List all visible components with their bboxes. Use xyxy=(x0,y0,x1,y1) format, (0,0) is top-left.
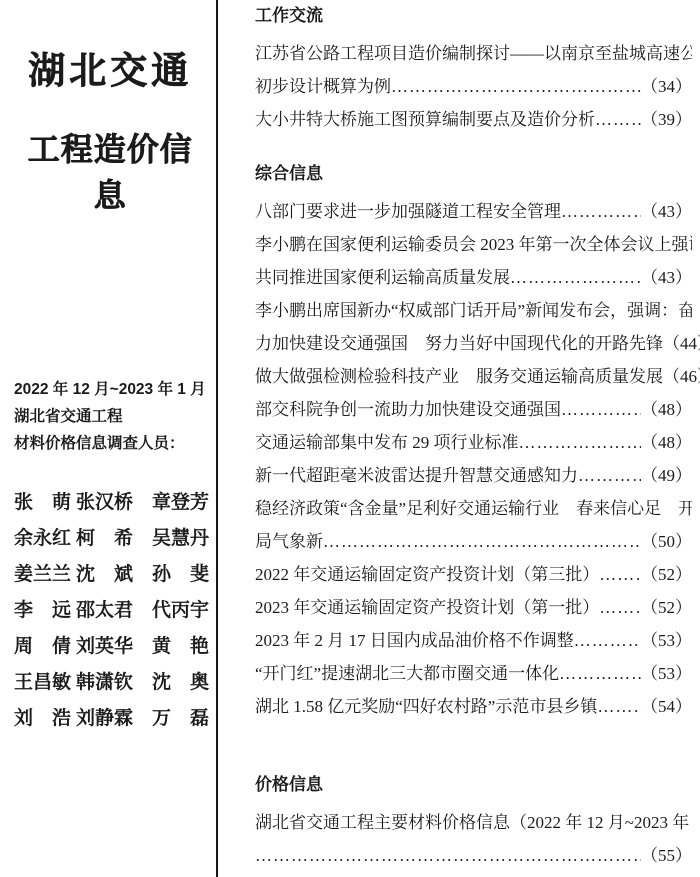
toc-entry-text: 江苏省公路工程项目造价编制探讨——以南京至盐城高速公路 xyxy=(255,44,692,63)
toc-entry-line: 2023 年交通运输固定资产投资计划（第一批）……………………………………………… xyxy=(255,591,692,624)
surveyor-name: 刘英华 xyxy=(76,629,152,665)
toc-section: 工作交流江苏省公路工程项目造价编制探讨——以南京至盐城高速公路初步设计概算为例…… xyxy=(255,4,692,136)
toc-entry-text: 交通运输部集中发布 29 项行业标准 xyxy=(255,426,519,459)
survey-period: 2022 年 12 月~2023 年 1 月 xyxy=(14,376,206,403)
toc-entry-text: 做大做强检测检验科技产业 服务交通运输高质量发展 xyxy=(255,360,663,393)
toc-entry-line: 共同推进国家便利运输高质量发展…………………………………………………………………… xyxy=(255,261,692,294)
toc-entry-text: 共同推进国家便利运输高质量发展 xyxy=(255,261,510,294)
toc-entry-text: 八部门要求进一步加强隧道工程安全管理 xyxy=(255,195,561,228)
toc-entry-text: 2023 年 2 月 17 日国内成品油价格不作调整 xyxy=(255,624,574,657)
toc-entry-text: 稳经济政策“含金量”足利好交通运输行业 春来信心足 开 xyxy=(255,499,692,518)
survey-org: 湖北省交通工程 xyxy=(14,403,206,430)
surveyor-name: 韩潇钦 xyxy=(76,665,152,701)
page-number: （39） xyxy=(641,103,692,136)
leader-dots: ………………………………………………………………………………………………………… xyxy=(599,558,641,591)
surveyor-name: 张汉桥 xyxy=(76,485,152,521)
page-number: （55） xyxy=(641,839,692,872)
toc-entry-line: 做大做强检测检验科技产业 服务交通运输高质量发展…………………………………………… xyxy=(255,360,692,393)
surveyor-name-row: 余永红柯 希吴慧丹 xyxy=(14,521,206,557)
toc-entry-text: 大小井特大桥施工图预算编制要点及造价分析 xyxy=(255,103,595,136)
surveyor-name: 周 倩 xyxy=(14,629,76,665)
surveyor-name-row: 周 倩刘英华黄 艳 xyxy=(14,629,206,665)
toc-entry-line: 李小鹏在国家便利运输委员会 2023 年第一次全体会议上强调 xyxy=(255,228,692,261)
toc-entry-line: 李小鹏出席国新办“权威部门话开局”新闻发布会，强调：奋 xyxy=(255,294,692,327)
toc-entry-text: 新一代超距毫米波雷达提升智慧交通感知力 xyxy=(255,459,578,492)
toc-entry-line: 大小井特大桥施工图预算编制要点及造价分析……………………………………………………… xyxy=(255,103,692,136)
surveyor-name-row: 姜兰兰沈 斌孙 斐 xyxy=(14,557,206,593)
leader-dots: ………………………………………………………………………………………………………… xyxy=(599,591,641,624)
toc-entry-text: 湖北省交通工程主要材料价格信息（2022 年 12 月~2023 年 1 月） xyxy=(255,813,692,832)
toc-page: 湖北交通 工程造价信息 2022 年 12 月~2023 年 1 月 湖北省交通… xyxy=(0,0,700,877)
page-number: （52） xyxy=(641,591,692,624)
toc-entry-line: 2022 年交通运输固定资产投资计划（第三批）……………………………………………… xyxy=(255,558,692,591)
toc-entry-text: 2023 年交通运输固定资产投资计划（第一批） xyxy=(255,591,599,624)
toc-entry-text: 李小鹏在国家便利运输委员会 2023 年第一次全体会议上强调 xyxy=(255,235,692,254)
surveyor-name-row: 李 远邵太君代丙宇 xyxy=(14,593,206,629)
toc-entry-line: 新一代超距毫米波雷达提升智慧交通感知力………………………………………………………… xyxy=(255,459,692,492)
survey-staff-label: 材料价格信息调查人员： xyxy=(14,430,206,457)
surveyor-name: 张 萌 xyxy=(14,485,76,521)
toc-entry-text: 2022 年交通运输固定资产投资计划（第三批） xyxy=(255,558,599,591)
toc-section-heading: 综合信息 xyxy=(255,162,692,186)
page-number: （44） xyxy=(663,327,700,360)
toc-entry-line: 局气象新………………………………………………………………………………………………… xyxy=(255,525,692,558)
surveyor-name-row: 王昌敏韩潇钦沈 奥 xyxy=(14,665,206,701)
page-number: （46） xyxy=(663,360,700,393)
surveyor-name: 孙 斐 xyxy=(152,557,214,593)
toc-entry-line: “开门红”提速湖北三大都市圈交通一体化 ……………………………………………………… xyxy=(255,657,692,690)
leader-dots: ………………………………………………………………………………………………………… xyxy=(597,690,641,723)
toc-entry-line: 湖北 1.58 亿元奖励“四好农村路”示范市县乡镇………………………………………… xyxy=(255,690,692,723)
page-number: （54） xyxy=(641,690,692,723)
publication-title-line2: 工程造价信息 xyxy=(14,124,206,216)
page-number: （34） xyxy=(641,70,692,103)
surveyor-name: 李 远 xyxy=(14,593,76,629)
toc-entry-line: 初步设计概算为例……………………………………………………………………………………… xyxy=(255,70,692,103)
surveyor-name-row: 张 萌张汉桥章登芳 xyxy=(14,485,206,521)
publication-title: 湖北交通 工程造价信息 xyxy=(14,40,206,216)
toc-entry-text: 初步设计概算为例 xyxy=(255,70,391,103)
toc-section: 价格信息湖北省交通工程主要材料价格信息（2022 年 12 月~2023 年 1… xyxy=(255,773,692,872)
surveyor-name: 刘 浩 xyxy=(14,701,76,737)
left-panel: 湖北交通 工程造价信息 2022 年 12 月~2023 年 1 月 湖北省交通… xyxy=(0,0,216,877)
toc-entry-text: 力加快建设交通强国 努力当好中国现代化的开路先锋 xyxy=(255,327,663,360)
leader-dots: ………………………………………………………………………………………………………… xyxy=(519,426,642,459)
leader-dots: ………………………………………………………………………………………………………… xyxy=(323,525,641,558)
toc-entry-line: 江苏省公路工程项目造价编制探讨——以南京至盐城高速公路 xyxy=(255,37,692,70)
surveyor-name: 沈 斌 xyxy=(76,557,152,593)
leader-dots: ………………………………………………………………………………………………………… xyxy=(574,624,641,657)
leader-dots: ………………………………………………………………………………………………………… xyxy=(561,393,641,426)
leader-dots: ………………………………………………………………………………………………………… xyxy=(561,195,641,228)
toc-entry-line: …………………………………………………………………………………………………………… xyxy=(255,839,692,872)
surveyor-name: 代丙宇 xyxy=(152,593,214,629)
toc-entry-line: 部交科院争创一流助力加快建设交通强国…………………………………………………………… xyxy=(255,393,692,426)
toc-entry-line: 2023 年 2 月 17 日国内成品油价格不作调整 …………………………………… xyxy=(255,624,692,657)
leader-dots: ………………………………………………………………………………………………………… xyxy=(578,459,641,492)
surveyor-name-row: 刘 浩刘静霖万 磊 xyxy=(14,701,206,737)
toc-entry-text: 部交科院争创一流助力加快建设交通强国 xyxy=(255,393,561,426)
toc-section-heading: 价格信息 xyxy=(255,773,692,797)
toc-entry-text: “开门红”提速湖北三大都市圈交通一体化 xyxy=(255,657,559,690)
leader-dots: ………………………………………………………………………………………………………… xyxy=(391,70,641,103)
toc-section: 综合信息八部门要求进一步加强隧道工程安全管理………………………………………………… xyxy=(255,162,692,723)
survey-info: 2022 年 12 月~2023 年 1 月 湖北省交通工程 材料价格信息调查人… xyxy=(14,376,206,457)
toc-entry-line: 湖北省交通工程主要材料价格信息（2022 年 12 月~2023 年 1 月） xyxy=(255,806,692,839)
leader-dots: ………………………………………………………………………………………………………… xyxy=(255,839,641,872)
surveyor-name: 邵太君 xyxy=(76,593,152,629)
surveyor-name: 吴慧丹 xyxy=(152,521,214,557)
surveyor-name: 王昌敏 xyxy=(14,665,76,701)
toc-section-heading: 工作交流 xyxy=(255,4,692,28)
toc-entry-line: 交通运输部集中发布 29 项行业标准 ………………………………………………………… xyxy=(255,426,692,459)
surveyor-name: 黄 艳 xyxy=(152,629,214,665)
surveyor-name: 余永红 xyxy=(14,521,76,557)
toc-entry-text: 湖北 1.58 亿元奖励“四好农村路”示范市县乡镇 xyxy=(255,690,597,723)
surveyor-name: 姜兰兰 xyxy=(14,557,76,593)
page-number: （53） xyxy=(641,657,692,690)
surveyor-name: 章登芳 xyxy=(152,485,214,521)
surveyor-name-list: 张 萌张汉桥章登芳余永红柯 希吴慧丹姜兰兰沈 斌孙 斐李 远邵太君代丙宇周 倩刘… xyxy=(14,485,206,737)
toc-entry-text: 李小鹏出席国新办“权威部门话开局”新闻发布会，强调：奋 xyxy=(255,301,692,320)
page-number: （43） xyxy=(641,261,692,294)
page-number: （52） xyxy=(641,558,692,591)
page-number: （49） xyxy=(641,459,692,492)
page-number: （43） xyxy=(641,195,692,228)
surveyor-name: 刘静霖 xyxy=(76,701,152,737)
surveyor-name: 万 磊 xyxy=(152,701,214,737)
toc-entry-line: 力加快建设交通强国 努力当好中国现代化的开路先锋…………………………………………… xyxy=(255,327,692,360)
toc-entry-line: 八部门要求进一步加强隧道工程安全管理…………………………………………………………… xyxy=(255,195,692,228)
publication-title-line1: 湖北交通 xyxy=(14,40,206,94)
toc: 工作交流江苏省公路工程项目造价编制探讨——以南京至盐城高速公路初步设计概算为例…… xyxy=(218,0,700,877)
surveyor-name: 柯 希 xyxy=(76,521,152,557)
page-number: （53） xyxy=(641,624,692,657)
leader-dots: ………………………………………………………………………………………………………… xyxy=(595,103,641,136)
surveyor-name: 沈 奥 xyxy=(152,665,214,701)
toc-entry-line: 稳经济政策“含金量”足利好交通运输行业 春来信心足 开 xyxy=(255,492,692,525)
page-number: （48） xyxy=(641,426,692,459)
leader-dots: ………………………………………………………………………………………………………… xyxy=(559,657,641,690)
leader-dots: ………………………………………………………………………………………………………… xyxy=(510,261,641,294)
toc-entry-text: 局气象新 xyxy=(255,525,323,558)
page-number: （50） xyxy=(641,525,692,558)
page-number: （48） xyxy=(641,393,692,426)
